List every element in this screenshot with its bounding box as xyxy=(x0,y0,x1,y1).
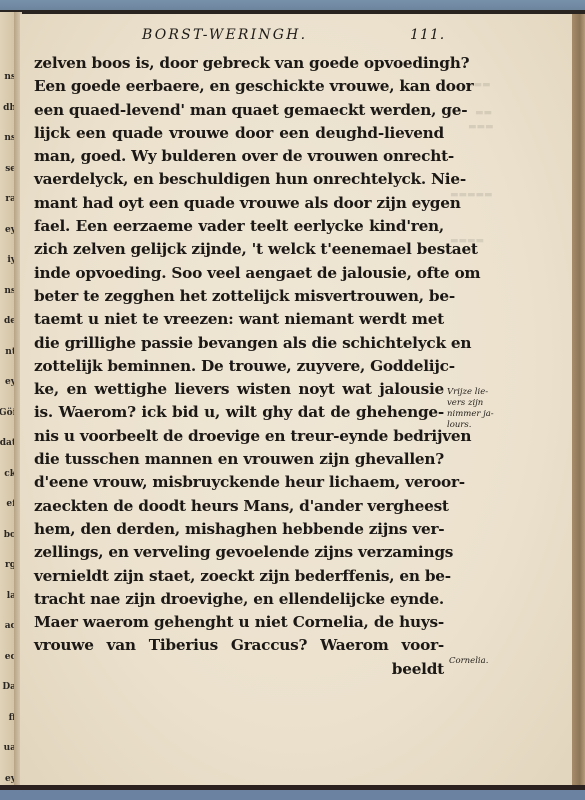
text-line: lijck een quade vrouwe door een deughd-l… xyxy=(34,122,444,145)
text-line: een quaed-levend' man quaet gemaeckt wer… xyxy=(34,99,444,122)
margin-note-line: vers zijn xyxy=(447,398,507,409)
text-line: tracht nae zijn droevighe, en ellendelij… xyxy=(34,588,444,611)
text-line: ke, en wettighe lievers wisten noyt wat … xyxy=(34,378,444,401)
margin-note: Cornelia. xyxy=(449,656,509,667)
text-line: is. Waerom? ick bid u, wilt ghy dat de g… xyxy=(34,401,444,424)
text-line: Maer waerom gehenght u niet Cornelia, de… xyxy=(34,611,444,634)
text-line: hem, den derden, mishaghen hebbende zijn… xyxy=(34,518,444,541)
margin-note-line: nimmer ja- xyxy=(447,409,507,420)
catchword: beeldt xyxy=(34,658,444,681)
text-line: inde opvoeding. Soo veel aengaet de jalo… xyxy=(34,262,444,285)
margin-note: Vrijze lie- vers zijn nimmer ja- lours. xyxy=(447,387,507,431)
text-line: zottelijk beminnen. De trouwe, zuyvere, … xyxy=(34,355,444,378)
text-line: zellings, en verveling gevoelende zijns … xyxy=(34,541,444,564)
page-fore-edge xyxy=(572,14,585,786)
show-through-text: ▬▬ xyxy=(475,108,492,119)
body-text: zelven boos is, door gebreck van goede o… xyxy=(34,52,444,681)
text-line: vrouwe van Tiberius Graccus? Waerom voor… xyxy=(34,634,444,657)
text-line: beter te zegghen het zottelijck misvertr… xyxy=(34,285,444,308)
text-line: nis u voorbeelt de droevige en treur-eyn… xyxy=(34,425,444,448)
margin-note-line: Cornelia. xyxy=(449,656,509,667)
backdrop-bottom xyxy=(0,790,585,800)
text-line: taemt u niet te vreezen: want niemant we… xyxy=(34,308,444,331)
text-line: mant had oyt een quade vrouwe als door z… xyxy=(34,192,444,215)
text-line: die tusschen mannen en vrouwen zijn ghev… xyxy=(34,448,444,471)
page-number: 111. xyxy=(410,27,445,43)
page-header: BORST-WERINGH. 111. xyxy=(20,27,573,47)
text-line: vaerdelyck, en beschuldigen hun onrechte… xyxy=(34,168,444,191)
text-line: die grillighe passie bevangen als die sc… xyxy=(34,332,444,355)
margin-note-line: lours. xyxy=(447,420,507,431)
text-line: fael. Een eerzaeme vader teelt eerlycke … xyxy=(34,215,444,238)
text-line: Een goede eerbaere, en geschickte vrouwe… xyxy=(34,75,444,98)
text-line: vernieldt zijn staet, zoeckt zijn bederf… xyxy=(34,565,444,588)
text-line: zaeckten de doodt heurs Mans, d'ander ve… xyxy=(34,495,444,518)
margin-note-line: Vrijze lie- xyxy=(447,387,507,398)
text-line: d'eene vrouw, misbruyckende heur lichaem… xyxy=(34,471,444,494)
show-through-text: ▬▬▬ xyxy=(468,122,494,133)
running-head: BORST-WERINGH. xyxy=(142,27,307,43)
text-line: zelven boos is, door gebreck van goede o… xyxy=(34,52,444,75)
text-line: man, goed. Wy bulderen over de vrouwen o… xyxy=(34,145,444,168)
text-line: zich zelven gelijck zijnde, 't welck t'e… xyxy=(34,238,444,261)
